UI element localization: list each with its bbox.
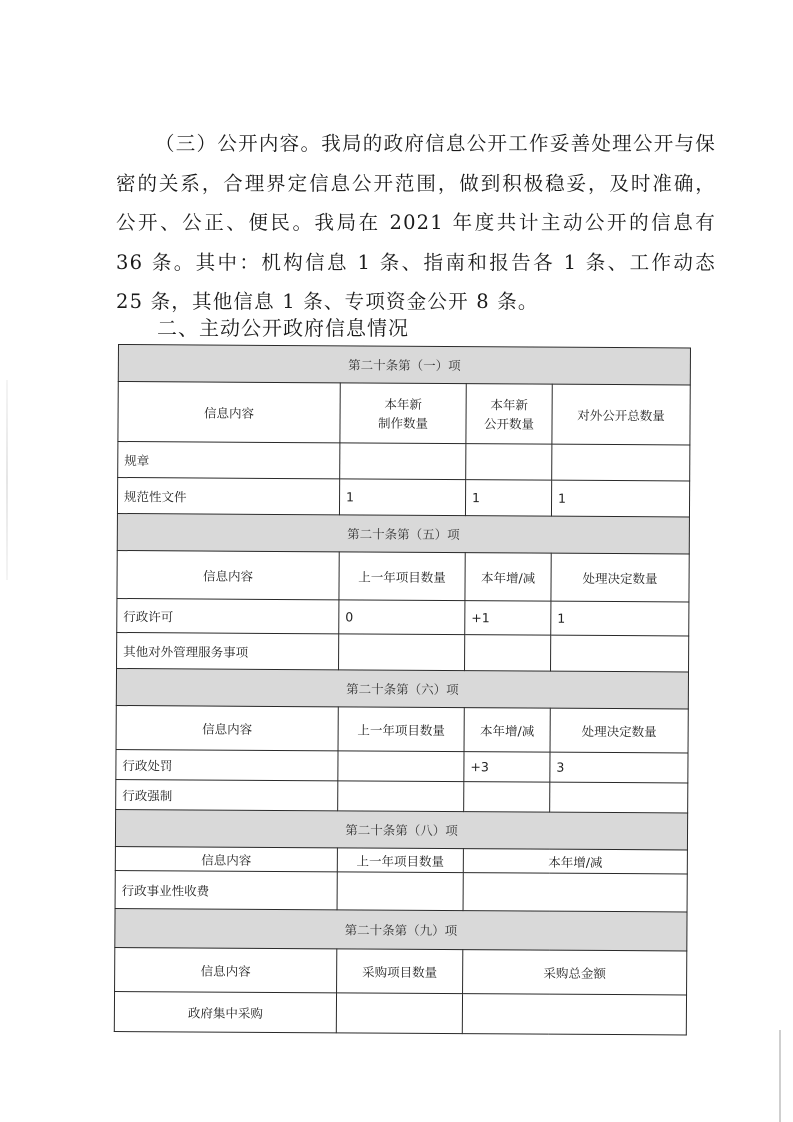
column-header: 对外公开总数量 [552, 384, 690, 445]
cell-value [338, 751, 464, 782]
section-title: 第二十条第（六）项 [116, 668, 688, 708]
section-title-row: 第二十条第（五）项 [117, 513, 689, 553]
cell-value [465, 635, 551, 672]
cell-value: +3 [464, 752, 550, 783]
row-label: 行政强制 [116, 779, 338, 810]
row-label: 政府集中采购 [114, 991, 336, 1032]
disclosure-table-wrapper: 第二十条第（一）项 信息内容 本年新 制作数量 本年新 公开数量 对外公开总数量… [114, 344, 690, 1035]
cell-value: 3 [550, 752, 688, 783]
column-header: 采购总金额 [463, 950, 687, 995]
header-row: 信息内容 上一年项目数量 本年增/减 处理决定数量 [117, 550, 689, 601]
cell-value [339, 634, 465, 671]
column-header: 本年新 制作数量 [340, 383, 466, 444]
column-header: 信息内容 [115, 947, 337, 992]
table-row: 规章 [118, 442, 690, 481]
cell-value [338, 781, 464, 812]
cell-value [464, 782, 550, 813]
table-row: 政府集中采购 [114, 991, 686, 1034]
cell-value [337, 872, 463, 911]
column-header: 本年新 公开数量 [466, 384, 552, 445]
section-title: 第二十条第（一）项 [118, 345, 690, 385]
disclosure-table: 第二十条第（一）项 信息内容 本年新 制作数量 本年新 公开数量 对外公开总数量… [114, 344, 691, 1035]
row-label: 规章 [118, 442, 340, 479]
cell-value [552, 444, 690, 481]
section-title: 第二十条第（九）项 [115, 908, 687, 950]
header-row: 信息内容 本年新 制作数量 本年新 公开数量 对外公开总数量 [118, 382, 690, 445]
column-header: 上一年项目数量 [339, 552, 465, 601]
cell-value [466, 444, 552, 481]
cell-value: +1 [465, 601, 551, 636]
table-row: 规范性文件 1 1 1 [117, 478, 689, 517]
table-row: 其他对外管理服务事项 [117, 632, 689, 671]
row-label: 行政许可 [117, 598, 339, 633]
cell-value [551, 635, 689, 672]
row-label: 其他对外管理服务事项 [117, 632, 339, 669]
section-title-row: 第二十条第（八）项 [115, 809, 687, 849]
section-title: 第二十条第（五）项 [117, 513, 689, 553]
column-header: 信息内容 [117, 550, 339, 599]
column-header: 本年增/减 [464, 708, 550, 753]
cell-value [340, 443, 466, 480]
public-content-paragraph: （三）公开内容。我局的政府信息公开工作妥善处理公开与保密的关系，合理界定信息公开… [116, 124, 716, 322]
column-header: 本年增/减 [463, 849, 687, 874]
column-header: 信息内容 [118, 382, 340, 443]
column-header: 本年增/减 [465, 553, 551, 602]
cell-value: 1 [339, 479, 465, 516]
column-header: 采购项目数量 [337, 949, 463, 994]
table-row: 行政事业性收费 [115, 870, 687, 911]
cell-value: 1 [551, 601, 689, 636]
scan-edge-shadow-left [6, 380, 8, 580]
table-row: 行政强制 [116, 779, 688, 812]
row-label: 行政处罚 [116, 749, 338, 780]
cell-value [463, 873, 687, 912]
cell-value [336, 993, 462, 1034]
column-header: 处理决定数量 [551, 553, 689, 602]
header-row: 信息内容 上一年项目数量 本年增/减 [115, 846, 687, 873]
section-title-row: 第二十条第（六）项 [116, 668, 688, 708]
cell-value [550, 782, 688, 813]
cell-value: 1 [465, 480, 551, 517]
section-title-row: 第二十条第（九）项 [115, 908, 687, 950]
section-title-row: 第二十条第（一）项 [118, 345, 690, 385]
column-header: 上一年项目数量 [338, 707, 464, 752]
column-header: 处理决定数量 [550, 708, 688, 753]
section-title: 第二十条第（八）项 [115, 809, 687, 849]
section-heading: 二、主动公开政府信息情况 [157, 312, 409, 341]
row-label: 行政事业性收费 [115, 870, 337, 909]
cell-value: 0 [339, 600, 465, 635]
row-label: 规范性文件 [117, 478, 339, 515]
header-row: 信息内容 上一年项目数量 本年增/减 处理决定数量 [116, 705, 688, 752]
column-header: 上一年项目数量 [337, 848, 463, 873]
header-row: 信息内容 采购项目数量 采购总金额 [115, 947, 687, 994]
table-row: 行政许可 0 +1 1 [117, 598, 689, 635]
cell-value [462, 994, 686, 1035]
cell-value: 1 [551, 480, 689, 517]
table-row: 行政处罚 +3 3 [116, 749, 688, 782]
scan-edge-shadow-right [779, 1030, 781, 1122]
column-header: 信息内容 [116, 705, 338, 750]
column-header: 信息内容 [115, 846, 337, 871]
